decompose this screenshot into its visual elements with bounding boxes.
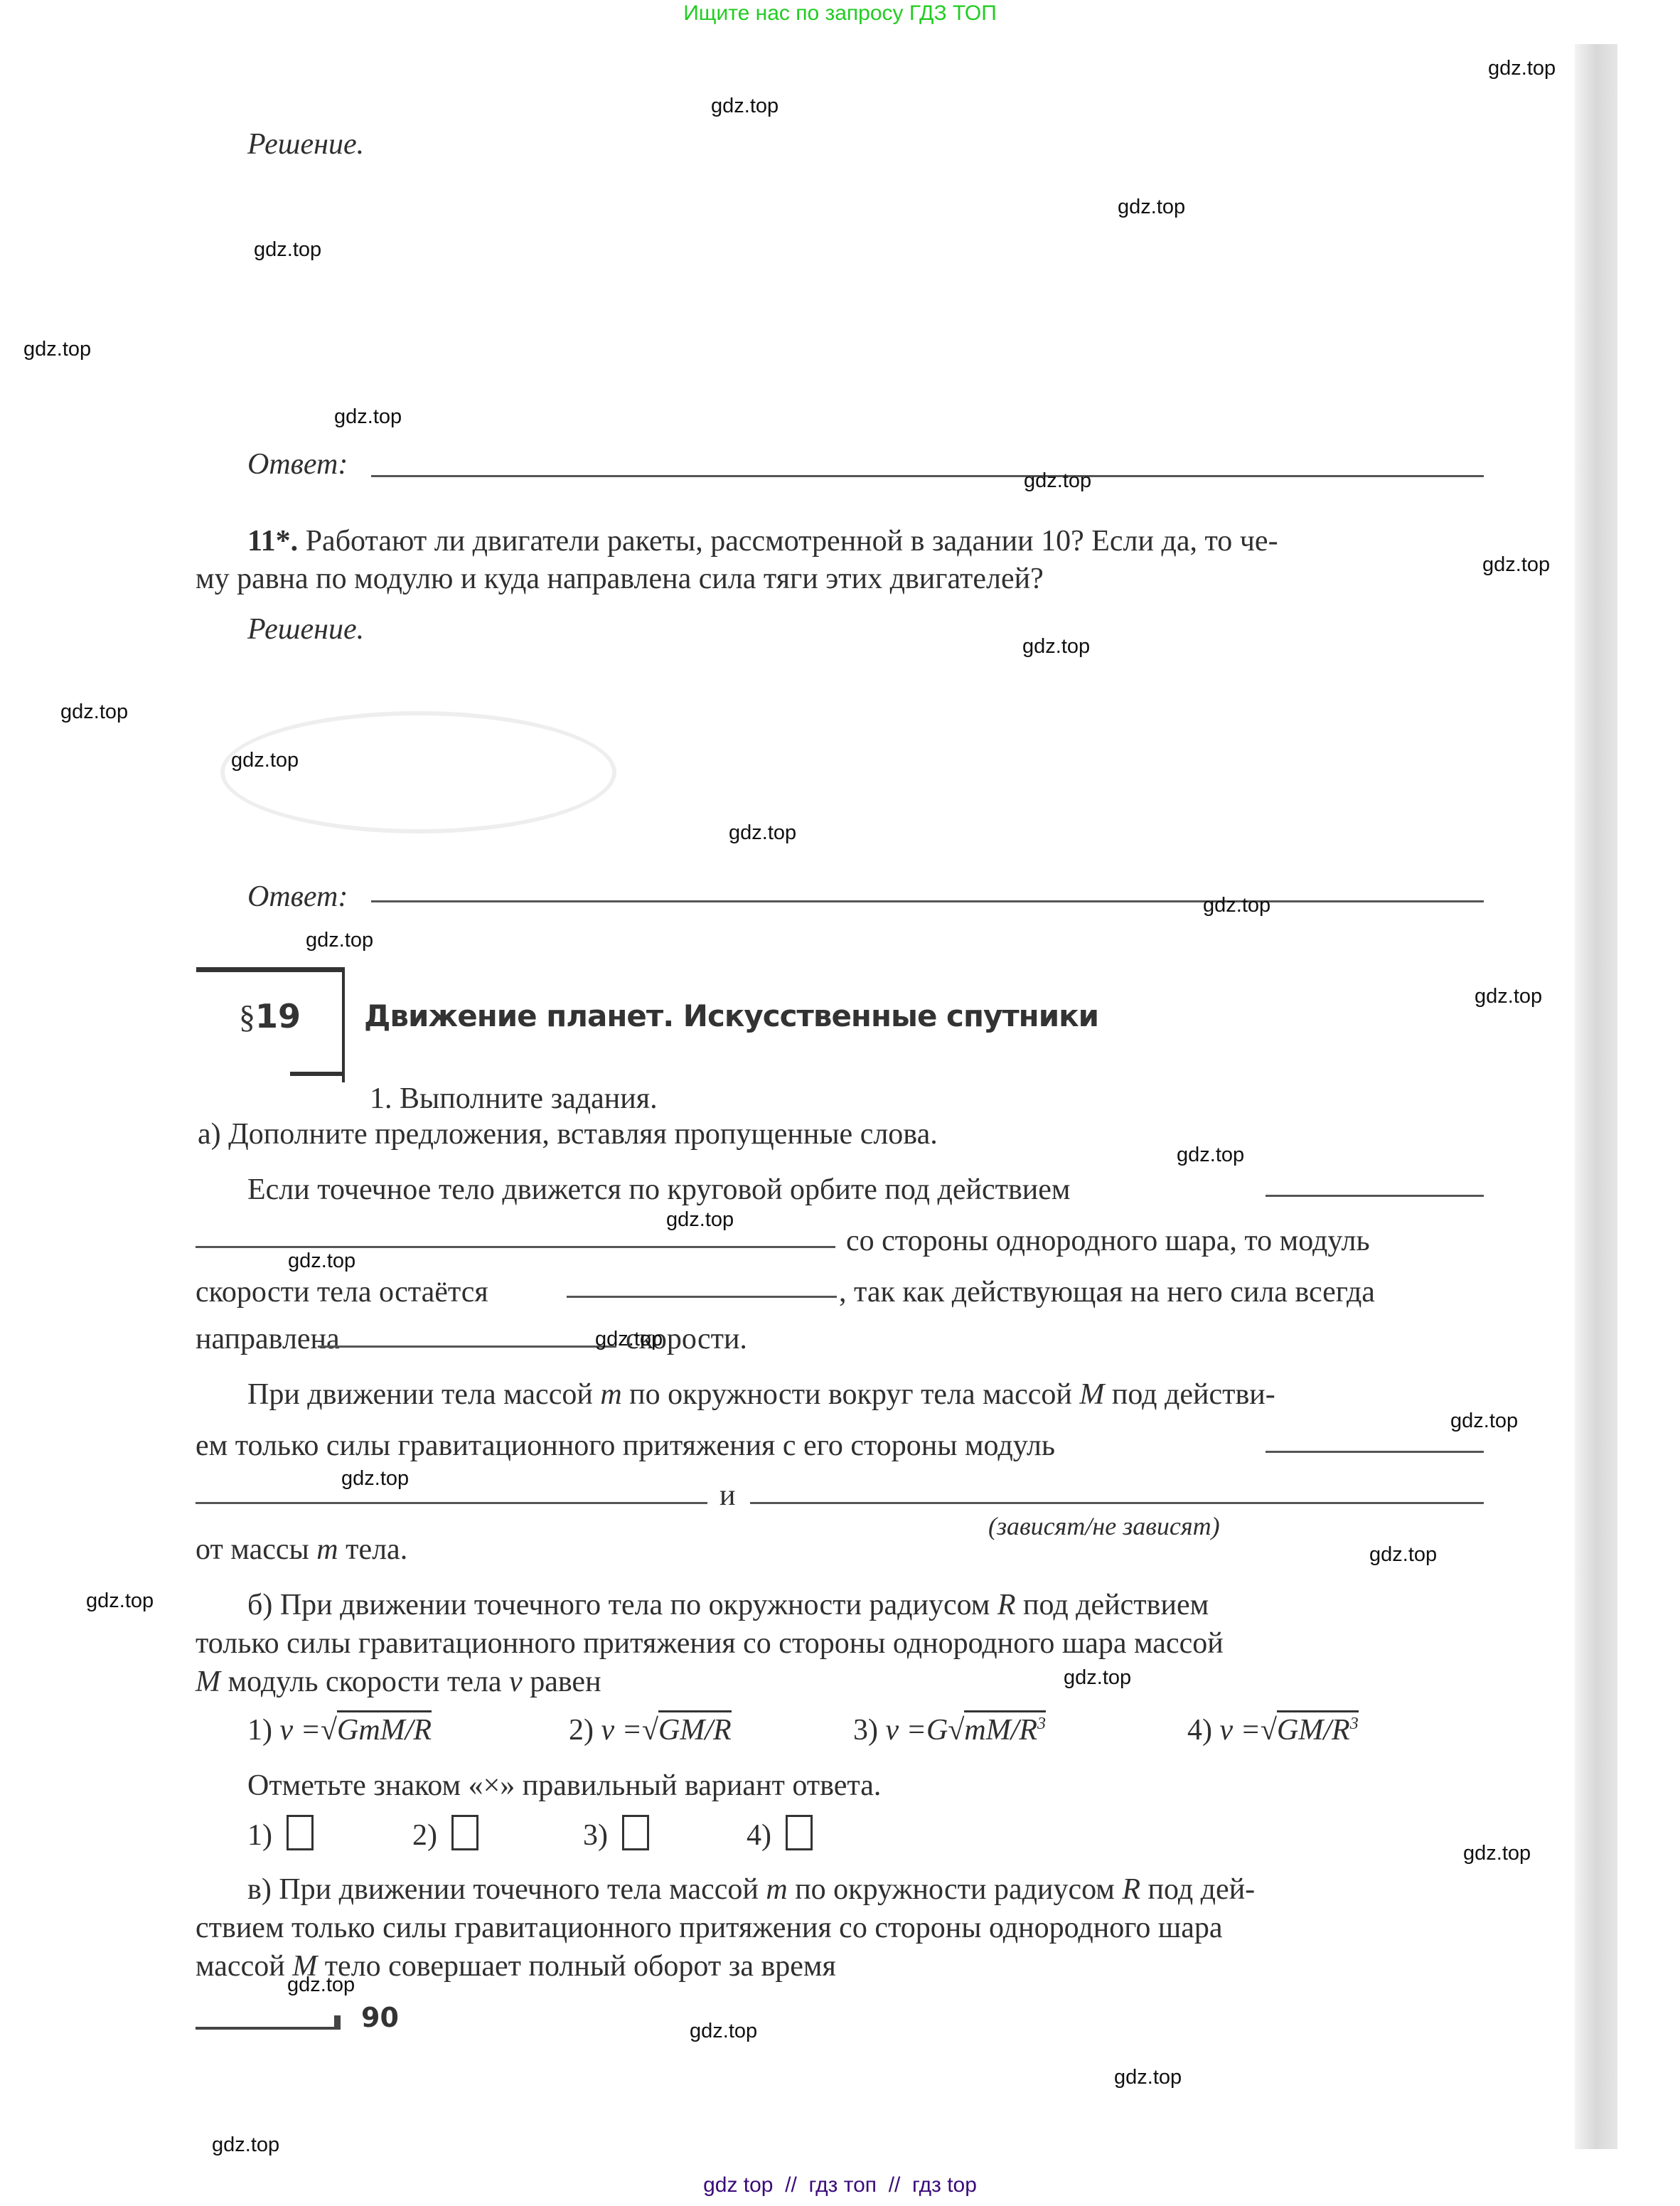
watermark: gdz.top [86, 1589, 154, 1613]
part-a-p2-line1: При движении тела массой m по окружности… [247, 1380, 1275, 1410]
answer-label: Ответ: [247, 882, 348, 912]
watermark: gdz.top [1064, 1666, 1131, 1690]
answer-checkbox[interactable] [287, 1815, 314, 1850]
watermark: gdz.top [1482, 553, 1550, 577]
part-a-instruction: а) Дополните предложения, вставляя пропу… [198, 1119, 938, 1149]
section-frame-foot [290, 1072, 345, 1076]
part-a-p2-line2: ем только силы гравитационного притяжени… [196, 1431, 1055, 1461]
part-v-line2: ствием только силы гравитационного притя… [196, 1913, 1223, 1943]
solution-label: Решение. [247, 129, 364, 159]
watermark: gdz.top [60, 700, 128, 724]
part-a-p1-line3b: , так как действующая на него сила всегд… [839, 1277, 1375, 1307]
conjunction-and: и [719, 1481, 735, 1510]
watermark: gdz.top [1450, 1410, 1518, 1433]
blank-4[interactable] [318, 1346, 616, 1348]
checkbox-label: 2) [412, 1821, 437, 1850]
watermark: gdz.top [23, 338, 91, 361]
formula-option: 2) v =√GM/R [569, 1715, 732, 1745]
exercise-heading: 1. Выполните задания. [370, 1084, 658, 1114]
part-a-p1-line4a: направлена [196, 1324, 340, 1354]
top-banner: Ищите нас по запросу ГДЗ ТОП [0, 1, 1680, 26]
watermark: gdz.top [1475, 985, 1542, 1008]
task-11-line-2: му равна по модулю и куда направлена сил… [196, 564, 1044, 594]
bottom-banner: gdz top // гдз топ // гдз top [0, 2173, 1680, 2197]
part-b-line3: M модуль скорости тела v равен [196, 1667, 601, 1697]
watermark: gdz.top [287, 1973, 355, 1997]
watermark: gdz.top [595, 1328, 663, 1351]
answer-line[interactable] [371, 475, 1484, 477]
watermark: gdz.top [306, 929, 373, 952]
formula-option: 3) v =G√mM/R3 [853, 1715, 1046, 1745]
watermark: gdz.top [1369, 1543, 1437, 1567]
watermark: gdz.top [1488, 57, 1556, 80]
part-a-p2-line4: от массы m тела. [196, 1535, 407, 1565]
blank-2[interactable] [196, 1246, 835, 1248]
watermark: gdz.top [666, 1208, 734, 1232]
blank-6[interactable] [196, 1502, 707, 1504]
watermark: gdz.top [231, 749, 299, 772]
page-number-rule [196, 2027, 338, 2030]
watermark: gdz.top [1114, 2066, 1182, 2089]
section-title: Движение планет. Искусственные спутники [364, 998, 1098, 1033]
watermark: gdz.top [254, 238, 321, 262]
part-v-line1: в) При движении точечного тела массой m … [247, 1875, 1255, 1904]
checkbox-label: 1) [247, 1821, 272, 1850]
checkbox-label: 3) [583, 1821, 608, 1850]
watermark: gdz.top [1118, 196, 1185, 219]
watermark: gdz.top [729, 821, 796, 845]
watermark: gdz.top [690, 2020, 757, 2043]
page-number-marker [334, 2015, 341, 2030]
page-binding-shadow [1575, 44, 1617, 2149]
watermark: gdz.top [212, 2133, 279, 2157]
mark-instruction: Отметьте знаком «×» правильный вариант о… [247, 1771, 881, 1801]
watermark: gdz.top [1177, 1144, 1244, 1167]
hint-depend: (зависят/не зависят) [988, 1513, 1220, 1539]
part-a-p1-line3a: скорости тела остаётся [196, 1277, 488, 1307]
solution-label: Решение. [247, 614, 364, 644]
blank-7[interactable] [750, 1502, 1484, 1504]
blank-1[interactable] [1266, 1195, 1484, 1197]
part-b-line1: б) При движении точечного тела по окружн… [247, 1590, 1209, 1620]
section-number: §19 [239, 997, 301, 1035]
answer-checkbox[interactable] [786, 1815, 813, 1850]
watermark: gdz.top [1022, 635, 1090, 659]
watermark: gdz.top [711, 95, 779, 118]
answer-line[interactable] [371, 900, 1484, 902]
watermark: gdz.top [1463, 1842, 1531, 1865]
blank-5[interactable] [1266, 1451, 1484, 1453]
formula-option: 1) v =√GmM/R [247, 1715, 432, 1745]
watermark: gdz.top [1203, 894, 1270, 917]
page-number: 90 [361, 2002, 399, 2033]
part-a-p1-line1: Если точечное тело движется по круговой … [247, 1175, 1071, 1205]
answer-checkbox[interactable] [622, 1815, 649, 1850]
bleed-through-ellipse [220, 711, 616, 833]
checkbox-label: 4) [747, 1821, 771, 1850]
blank-3[interactable] [567, 1296, 837, 1298]
watermark: gdz.top [1024, 469, 1091, 493]
part-b-line2: только силы гравитационного притяжения с… [196, 1629, 1224, 1658]
formula-option: 4) v =√GM/R3 [1187, 1715, 1359, 1745]
answer-checkbox[interactable] [451, 1815, 478, 1850]
watermark: gdz.top [288, 1249, 355, 1273]
task-11-line-1: 11*. Работают ли двигатели ракеты, рассм… [247, 526, 1278, 556]
answer-label: Ответ: [247, 449, 348, 479]
part-a-p1-line2: со стороны однородного шара, то модуль [846, 1226, 1370, 1256]
watermark: gdz.top [341, 1467, 409, 1491]
watermark: gdz.top [334, 405, 402, 429]
